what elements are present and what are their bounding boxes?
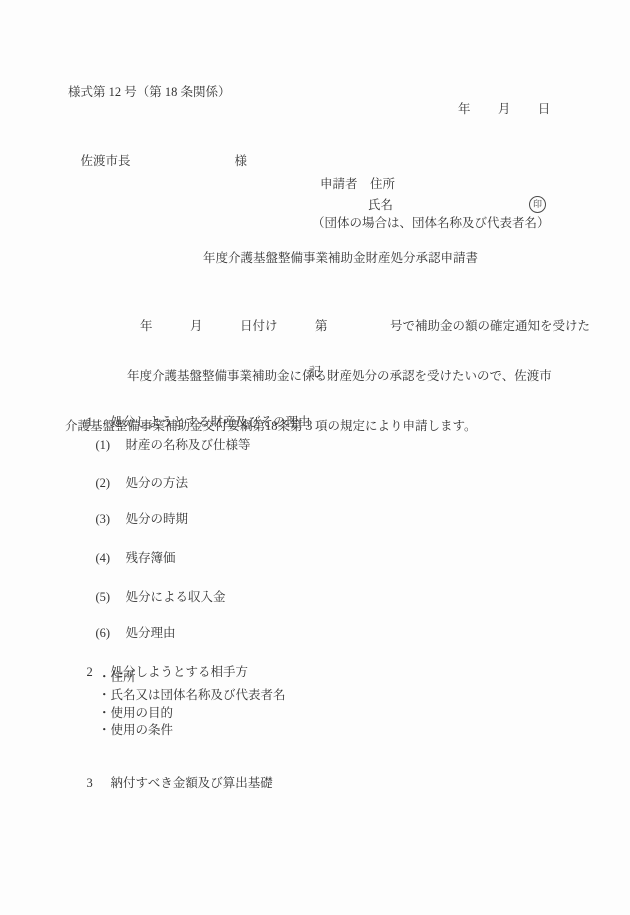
item-3-label: 処分の時期 bbox=[126, 512, 189, 526]
item-1-number: (1) bbox=[96, 438, 126, 453]
document-title: 年度介護基盤整備事業補助金財産処分承認申請書 bbox=[203, 251, 478, 266]
section-2-bullet-3: ・使用の目的 bbox=[98, 706, 173, 721]
section-2-bullet-4: ・使用の条件 bbox=[98, 723, 173, 738]
addressee-name: 佐渡市長 bbox=[81, 154, 131, 168]
section-3-title: 納付すべき金額及び算出基礎 bbox=[111, 776, 273, 790]
applicant-name-label: 氏名 bbox=[368, 198, 393, 213]
item-2-number: (2) bbox=[96, 476, 126, 491]
section-3-heading: 3納付すべき金額及び算出基礎 bbox=[74, 761, 273, 806]
item-5-number: (5) bbox=[96, 590, 126, 605]
record-marker: 記 bbox=[0, 365, 630, 380]
item-4-label: 残存簿価 bbox=[126, 551, 176, 565]
item-3-number: (3) bbox=[96, 512, 126, 527]
item-4-number: (4) bbox=[96, 551, 126, 566]
addressee-line: 佐渡市長様 bbox=[68, 139, 247, 184]
seal-stamp-icon: 印 bbox=[529, 196, 546, 213]
item-5-label: 処分による収入金 bbox=[126, 590, 226, 604]
item-1-label: 財産の名称及び仕様等 bbox=[126, 438, 251, 452]
section-2-bullet-2: ・氏名又は団体名称及び代表者名 bbox=[98, 688, 286, 703]
section-3-number: 3 bbox=[87, 776, 111, 791]
date-line: 年 月 日 bbox=[458, 102, 551, 117]
item-2-label: 処分の方法 bbox=[126, 476, 189, 490]
form-number: 様式第 12 号（第 18 条関係） bbox=[68, 85, 231, 100]
body-line-1: 年 月 日付け 第 号で補助金の額の確定通知を受けた bbox=[65, 316, 590, 336]
applicant-address-line: 申請者 住所 bbox=[320, 177, 395, 192]
section-2-bullet-1: ・住所 bbox=[98, 670, 136, 685]
organization-note: （団体の場合は、団体名称及び代表者名） bbox=[312, 216, 550, 231]
application-form-page: 様式第 12 号（第 18 条関係） 年 月 日 佐渡市長様 申請者 住所 氏名… bbox=[0, 0, 630, 915]
item-6-label: 処分理由 bbox=[126, 626, 176, 640]
item-6-number: (6) bbox=[96, 626, 126, 641]
addressee-honorific: 様 bbox=[235, 154, 248, 168]
